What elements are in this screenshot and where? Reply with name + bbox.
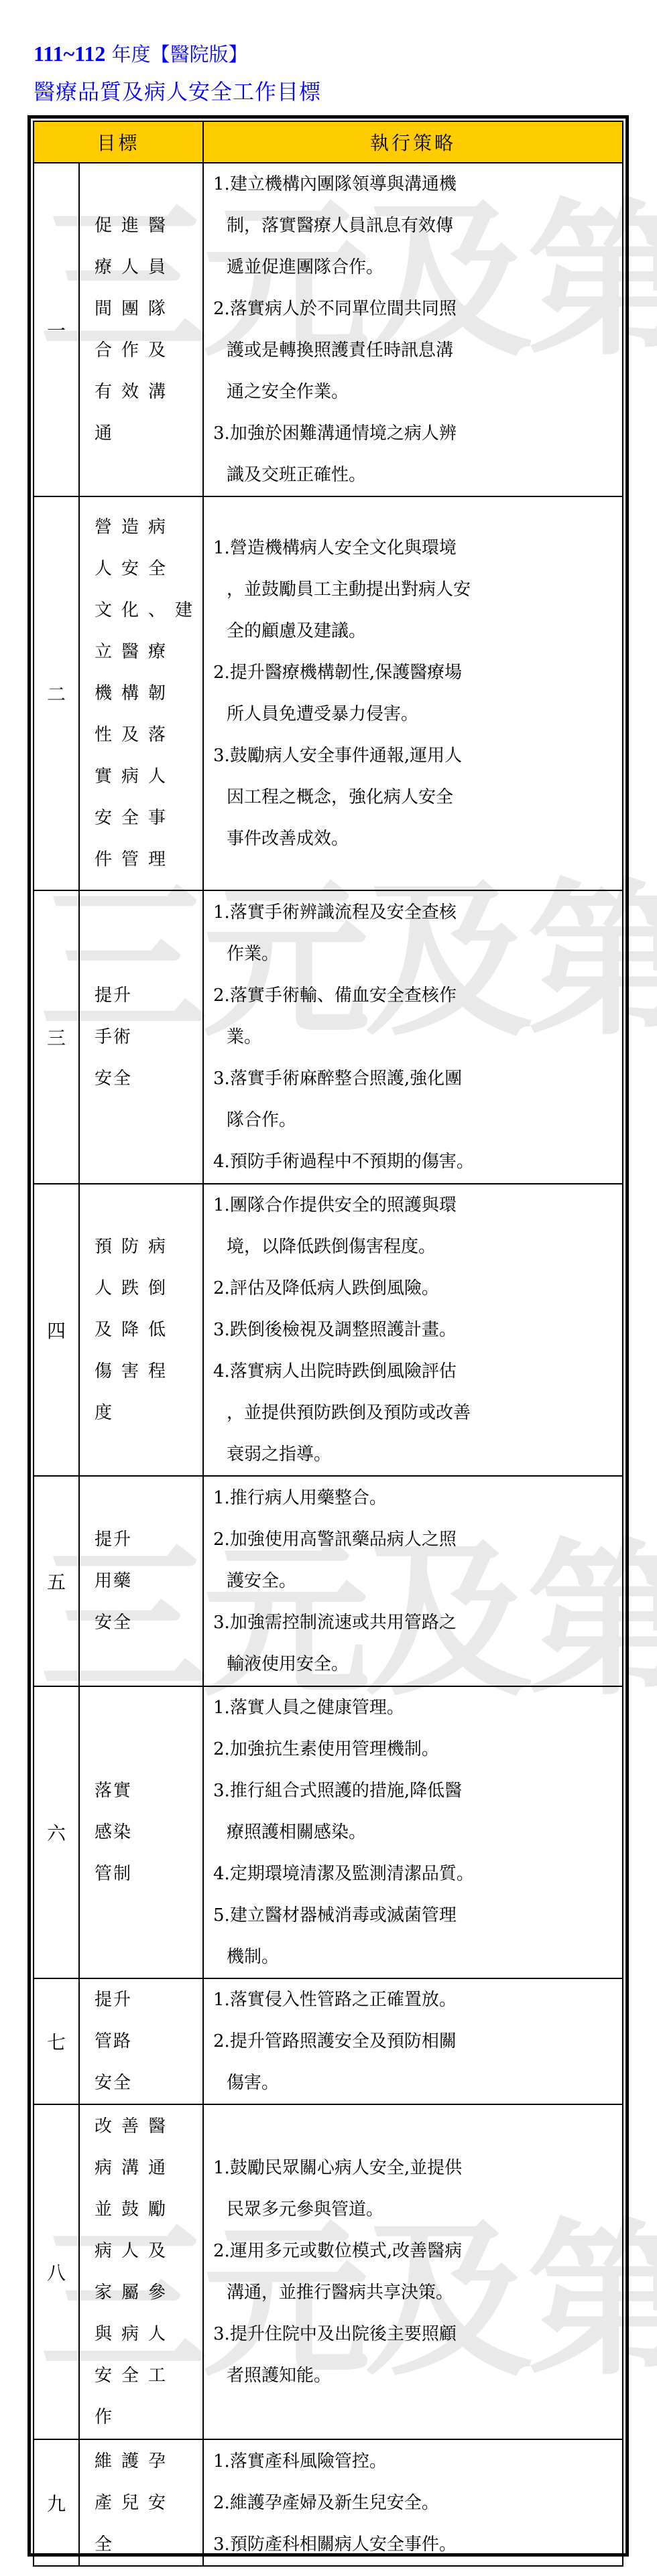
table-row: 六落實感染管制1.落實人員之健康管理。2.加強抗生素使用管理機制。3.推行組合式… <box>34 1686 623 1978</box>
strategy-text-continuation: 業。 <box>213 1016 617 1058</box>
table-row: 四預防病人跌倒及降低傷害程度1.團隊合作提供安全的照護與環境，以降低跌倒傷害程度… <box>34 1184 623 1476</box>
goal-number: 六 <box>34 1686 79 1978</box>
goal-text-line: 有效溝 <box>95 371 197 413</box>
strategy-text-continuation: 輸液使用安全。 <box>213 1643 617 1685</box>
strategy-item: 2.落實手術輸、備血安全查核作 <box>213 975 617 1016</box>
goal-text-line: 改善醫 <box>95 2106 197 2147</box>
strategy-cell: 1.營造機構病人安全文化與環境，並鼓勵員工主動提出對病人安全的顧慮及建議。2.提… <box>203 496 623 890</box>
table-row: 三提升手術安全1.落實手術辨識流程及安全查核作業。2.落實手術輸、備血安全查核作… <box>34 890 623 1184</box>
strategy-item: 1.落實產科風險管控。 <box>213 2441 617 2482</box>
goal-text-line: 及降低 <box>95 1309 197 1351</box>
strategy-item: 2.加強抗生素使用管理機制。 <box>213 1728 617 1770</box>
goal-text-line: 通 <box>95 413 197 454</box>
strategy-item: 1.落實人員之健康管理。 <box>213 1687 617 1728</box>
document-subtitle: 醫療品質及病人安全工作目標 <box>34 78 321 106</box>
strategy-text-continuation: 作業。 <box>213 933 617 975</box>
goal-text-line: 產兒安 <box>95 2482 197 2524</box>
goal-text-line: 落實 <box>95 1770 197 1812</box>
goal-text-line: 人跌倒 <box>95 1268 197 1309</box>
goal-text-line: 促進醫 <box>95 205 197 247</box>
strategy-text-continuation: 全的顧慮及建議。 <box>213 610 617 652</box>
goal-text-line: 家屬參 <box>95 2272 197 2313</box>
goal-text-line: 並鼓勵 <box>95 2189 197 2230</box>
strategy-text-continuation: 民眾多元參與管道。 <box>213 2189 617 2230</box>
goal-text-line: 療人員 <box>95 247 197 288</box>
goal-text-line: 實病人 <box>95 756 197 797</box>
column-header-strategy: 執行策略 <box>203 121 623 163</box>
goal-number: 五 <box>34 1476 79 1686</box>
goal-cell: 提升用藥安全 <box>79 1476 203 1686</box>
goals-table-wrapper: 目標 執行策略 一促進醫療人員間團隊合作及有效溝通1.建立機構內團隊領導與溝通機… <box>33 121 622 2567</box>
strategy-item: 1.鼓勵民眾關心病人安全,並提供 <box>213 2147 617 2189</box>
goal-text-line: 度 <box>95 1392 197 1434</box>
strategy-item: 3.加強需控制流速或共用管路之 <box>213 1602 617 1643</box>
strategy-text-continuation: 遞並促進團隊合作。 <box>213 247 617 288</box>
strategy-cell: 1.建立機構內團隊領導與溝通機制，落實醫療人員訊息有效傳遞並促進團隊合作。2.落… <box>203 163 623 496</box>
strategy-text-continuation: 療照護相關感染。 <box>213 1812 617 1853</box>
strategy-text-continuation: 事件改善成效。 <box>213 818 617 860</box>
table-row: 五提升用藥安全1.推行病人用藥整合。2.加強使用高警訊藥品病人之照護安全。3.加… <box>34 1476 623 1686</box>
goal-text-line: 提升 <box>95 975 197 1016</box>
goal-text-line: 感染 <box>95 1812 197 1853</box>
strategy-text-continuation: 境，以降低跌倒傷害程度。 <box>213 1226 617 1268</box>
goal-text-line: 維護孕 <box>95 2441 197 2482</box>
strategy-item: 3.推行組合式照護的措施,降低醫 <box>213 1770 617 1812</box>
table-row: 七提升管路安全1.落實侵入性管路之正確置放。2.提升管路照護安全及預防相關傷害。 <box>34 1978 623 2104</box>
strategy-cell: 1.落實產科風險管控。2.維護孕產婦及新生兒安全。3.預防產科相關病人安全事件。 <box>203 2439 623 2566</box>
goal-text-line: 傷害程 <box>95 1351 197 1392</box>
goal-text-line: 機構韌 <box>95 673 197 714</box>
goal-text-line: 提升 <box>95 1979 197 2021</box>
strategy-text-continuation: 識及交班正確性。 <box>213 454 617 496</box>
goal-text-line: 手術 <box>95 1016 197 1058</box>
table-row: 八改善醫病溝通並鼓勵病人及家屬參與病人安全工作1.鼓勵民眾關心病人安全,並提供民… <box>34 2104 623 2439</box>
strategy-item: 2.提升管路照護安全及預防相關 <box>213 2021 617 2062</box>
goal-number: 七 <box>34 1978 79 2104</box>
strategy-cell: 1.落實手術辨識流程及安全查核作業。2.落實手術輸、備血安全查核作業。3.落實手… <box>203 890 623 1184</box>
strategy-text-continuation: 衰弱之指導。 <box>213 1434 617 1475</box>
strategy-text-continuation: 機制。 <box>213 1936 617 1978</box>
strategy-item: 3.落實手術麻醉整合照護,強化團 <box>213 1058 617 1099</box>
strategy-cell: 1.鼓勵民眾關心病人安全,並提供民眾多元參與管道。2.運用多元或數位模式,改善醫… <box>203 2104 623 2439</box>
table-row: 二營造病人安全文化、建立醫療機構韌性及落實病人安全事件管理1.營造機構病人安全文… <box>34 496 623 890</box>
strategy-item: 2.落實病人於不同單位間共同照 <box>213 288 617 330</box>
table-header-row: 目標 執行策略 <box>34 121 623 163</box>
goal-number: 三 <box>34 890 79 1184</box>
strategy-text-continuation: 者照護知能。 <box>213 2355 617 2396</box>
goal-cell: 改善醫病溝通並鼓勵病人及家屬參與病人安全工作 <box>79 2104 203 2439</box>
strategy-item: 2.提升醫療機構韌性,保護醫療場 <box>213 652 617 693</box>
goal-text-line: 人安全 <box>95 548 197 590</box>
goal-number: 九 <box>34 2439 79 2566</box>
strategy-text-continuation: 溝通，並推行醫病共享決策。 <box>213 2272 617 2313</box>
goal-text-line: 管路 <box>95 2021 197 2062</box>
strategy-cell: 1.團隊合作提供安全的照護與環境，以降低跌倒傷害程度。2.評估及降低病人跌倒風險… <box>203 1184 623 1476</box>
strategy-cell: 1.落實侵入性管路之正確置放。2.提升管路照護安全及預防相關傷害。 <box>203 1978 623 2104</box>
goal-text-line: 安全 <box>95 1058 197 1099</box>
strategy-item: 2.評估及降低病人跌倒風險。 <box>213 1268 617 1309</box>
goal-cell: 預防病人跌倒及降低傷害程度 <box>79 1184 203 1476</box>
goal-cell: 提升手術安全 <box>79 890 203 1184</box>
goal-number: 四 <box>34 1184 79 1476</box>
strategy-item: 2.維護孕產婦及新生兒安全。 <box>213 2482 617 2524</box>
goal-text-line: 立醫療 <box>95 631 197 673</box>
strategy-item: 4.落實病人出院時跌倒風險評估 <box>213 1351 617 1392</box>
title-edition: 年度【醫院版】 <box>105 43 247 66</box>
strategy-text-continuation: 隊合作。 <box>213 1099 617 1141</box>
column-header-goal: 目標 <box>34 121 203 163</box>
goal-number: 一 <box>34 163 79 496</box>
document-title: 111~112 年度【醫院版】 <box>34 42 248 67</box>
goal-text-line: 安全工 <box>95 2355 197 2396</box>
strategy-item: 1.推行病人用藥整合。 <box>213 1477 617 1519</box>
title-year-range: 111~112 <box>34 42 105 66</box>
strategy-text-continuation: ，並鼓勵員工主動提出對病人安 <box>213 569 617 610</box>
strategy-cell: 1.推行病人用藥整合。2.加強使用高警訊藥品病人之照護安全。3.加強需控制流速或… <box>203 1476 623 1686</box>
goal-text-line: 營造病 <box>95 506 197 548</box>
goal-number: 八 <box>34 2104 79 2439</box>
strategy-text-continuation: 護或是轉換照護責任時訊息溝 <box>213 330 617 371</box>
strategy-item: 4.定期環境清潔及監測清潔品質。 <box>213 1853 617 1895</box>
goal-text-line: 文化、建 <box>95 590 197 631</box>
goal-cell: 提升管路安全 <box>79 1978 203 2104</box>
goal-text-line: 安全 <box>95 2062 197 2104</box>
strategy-text-continuation: 傷害。 <box>213 2062 617 2104</box>
strategy-item: 3.提升住院中及出院後主要照顧 <box>213 2313 617 2355</box>
strategy-item: 3.鼓勵病人安全事件通報,運用人 <box>213 735 617 776</box>
strategy-text-continuation: 制，落實醫療人員訊息有效傳 <box>213 205 617 247</box>
goal-text-line: 與病人 <box>95 2313 197 2355</box>
goal-number: 二 <box>34 496 79 890</box>
goal-text-line: 病溝通 <box>95 2147 197 2189</box>
goal-text-line: 管制 <box>95 1853 197 1895</box>
strategy-text-continuation: ，並提供預防跌倒及預防或改善 <box>213 1392 617 1434</box>
goal-cell: 落實感染管制 <box>79 1686 203 1978</box>
goal-text-line: 合作及 <box>95 330 197 371</box>
strategy-text-continuation: 因工程之概念，強化病人安全 <box>213 776 617 818</box>
goal-text-line: 用藥 <box>95 1560 197 1602</box>
strategy-text-continuation: 通之安全作業。 <box>213 371 617 413</box>
strategy-item: 2.運用多元或數位模式,改善醫病 <box>213 2230 617 2272</box>
strategy-item: 1.落實侵入性管路之正確置放。 <box>213 1979 617 2021</box>
goal-text-line: 安全 <box>95 1602 197 1643</box>
strategy-item: 2.加強使用高警訊藥品病人之照 <box>213 1519 617 1560</box>
table-body: 一促進醫療人員間團隊合作及有效溝通1.建立機構內團隊領導與溝通機制，落實醫療人員… <box>34 163 623 2566</box>
strategy-item: 1.營造機構病人安全文化與環境 <box>213 527 617 569</box>
goal-text-line: 間團隊 <box>95 288 197 330</box>
strategy-item: 3.預防產科相關病人安全事件。 <box>213 2524 617 2565</box>
strategy-text-continuation: 護安全。 <box>213 1560 617 1602</box>
goal-text-line: 病人及 <box>95 2230 197 2272</box>
strategy-item: 3.跌倒後檢視及調整照護計畫。 <box>213 1309 617 1351</box>
table-row: 九維護孕產兒安全1.落實產科風險管控。2.維護孕產婦及新生兒安全。3.預防產科相… <box>34 2439 623 2566</box>
goal-cell: 促進醫療人員間團隊合作及有效溝通 <box>79 163 203 496</box>
strategy-item: 5.建立醫材器械消毒或滅菌管理 <box>213 1895 617 1936</box>
goal-cell: 營造病人安全文化、建立醫療機構韌性及落實病人安全事件管理 <box>79 496 203 890</box>
strategy-text-continuation: 所人員免遭受暴力侵害。 <box>213 693 617 735</box>
goal-text-line: 性及落 <box>95 714 197 756</box>
strategy-item: 1.團隊合作提供安全的照護與環 <box>213 1184 617 1226</box>
strategy-item: 1.建立機構內團隊領導與溝通機 <box>213 163 617 205</box>
goal-text-line: 件管理 <box>95 839 197 880</box>
goal-text-line: 安全事 <box>95 797 197 839</box>
table-row: 一促進醫療人員間團隊合作及有效溝通1.建立機構內團隊領導與溝通機制，落實醫療人員… <box>34 163 623 496</box>
goals-table: 目標 執行策略 一促進醫療人員間團隊合作及有效溝通1.建立機構內團隊領導與溝通機… <box>33 121 623 2567</box>
strategy-item: 3.加強於困難溝通情境之病人辨 <box>213 413 617 454</box>
goal-text-line: 作 <box>95 2396 197 2438</box>
goal-cell: 維護孕產兒安全 <box>79 2439 203 2566</box>
goal-text-line: 預防病 <box>95 1226 197 1268</box>
strategy-item: 4.預防手術過程中不預期的傷害。 <box>213 1141 617 1182</box>
goal-text-line: 提升 <box>95 1519 197 1560</box>
strategy-item: 1.落實手術辨識流程及安全查核 <box>213 892 617 933</box>
strategy-cell: 1.落實人員之健康管理。2.加強抗生素使用管理機制。3.推行組合式照護的措施,降… <box>203 1686 623 1978</box>
goal-text-line: 全 <box>95 2524 197 2565</box>
